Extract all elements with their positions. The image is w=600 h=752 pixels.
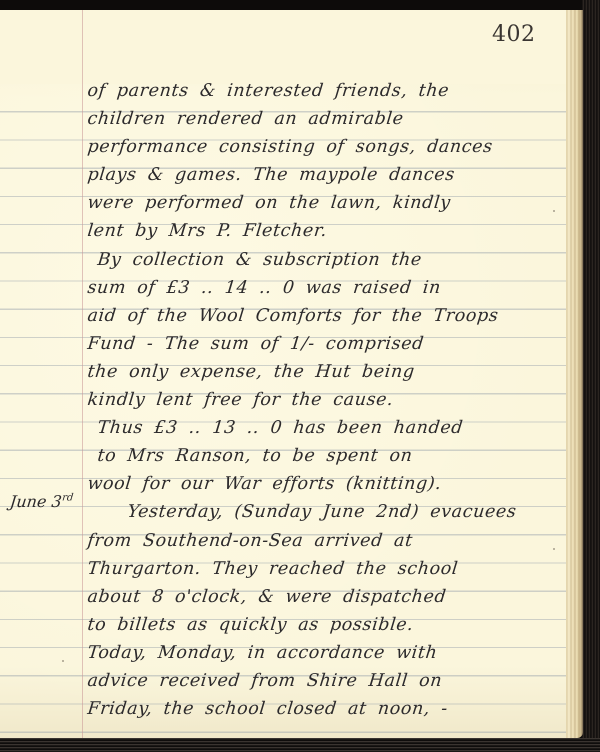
ink-speck — [62, 660, 64, 662]
margin-date-suffix: rd — [62, 493, 74, 504]
text-line: children rendered an admirable — [86, 105, 559, 133]
text-line: to Mrs Ranson, to be spent on — [86, 442, 559, 470]
text-line: to billets as quickly as possible. — [86, 611, 559, 639]
text-line: lent by Mrs P. Fletcher. — [86, 217, 559, 245]
margin-date-text: June 3 — [9, 492, 63, 511]
book-cover-right-edge — [582, 0, 600, 752]
scanned-logbook-page: 402 of parents & interested friends, the… — [0, 0, 600, 752]
text-line: Today, Monday, in accordance with — [86, 639, 559, 667]
page-header-area — [0, 10, 566, 84]
text-line: were performed on the lawn, kindly — [86, 189, 559, 217]
text-line: By collection & subscription the — [86, 246, 559, 274]
ink-speck — [553, 548, 555, 550]
margin-date-note: June 3rd — [9, 492, 74, 511]
notebook-page: 402 of parents & interested friends, the… — [0, 10, 566, 738]
text-line: about 8 o'clock, & were dispatched — [86, 583, 559, 611]
text-line: aid of the Wool Comforts for the Troops — [86, 302, 559, 330]
text-line: plays & games. The maypole dances — [86, 161, 559, 189]
text-line: kindly lent free for the cause. — [86, 386, 559, 414]
text-line: advice received from Shire Hall on — [86, 667, 559, 695]
handwritten-text-body: of parents & interested friends, the chi… — [86, 77, 556, 723]
ink-speck — [553, 210, 555, 212]
text-line: sum of £3 .. 14 .. 0 was raised in — [86, 274, 559, 302]
text-line: Thurgarton. They reached the school — [86, 555, 559, 583]
page-stack-edge — [566, 10, 583, 738]
text-line: Friday, the school closed at noon, - — [86, 695, 559, 723]
text-line: from Southend-on-Sea arrived at — [86, 527, 559, 555]
text-line: wool for our War efforts (knitting). — [86, 470, 559, 498]
text-line: of parents & interested friends, the — [86, 77, 559, 105]
text-line: performance consisting of songs, dances — [86, 133, 559, 161]
text-line: Yesterday, (Sunday June 2nd) evacuees — [86, 498, 559, 526]
page-number: 402 — [492, 22, 536, 47]
text-line: Thus £3 .. 13 .. 0 has been handed — [86, 414, 559, 442]
margin-line — [82, 10, 83, 738]
book-cover-bottom-edge — [0, 738, 600, 752]
text-line: the only expense, the Hut being — [86, 358, 559, 386]
text-line: Fund - The sum of 1/- comprised — [86, 330, 559, 358]
